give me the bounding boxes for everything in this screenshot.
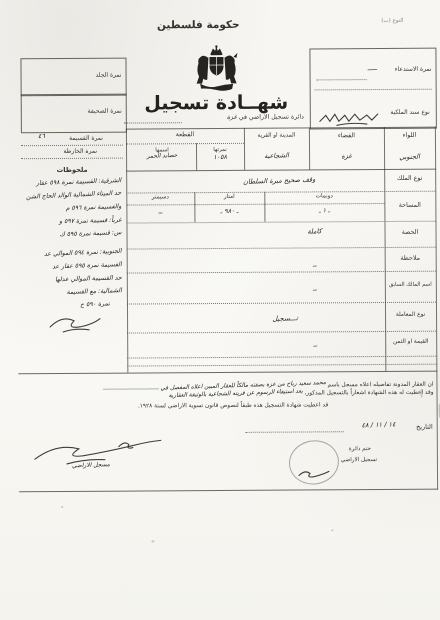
area-sublabel-line (126, 203, 384, 206)
area-label: المساحة (386, 202, 433, 210)
registrar-title: مسجل الاراضي (59, 462, 123, 471)
declaration-line-2: وقد اعطيت له هذه الشهادة اشعاراً بالتسجي… (22, 390, 433, 399)
row-line-2 (126, 221, 435, 224)
date-value: ١٤ / ١١ / ٤٨ (346, 421, 396, 431)
header-bottom-border (126, 169, 436, 172)
map-fill-line (21, 158, 123, 160)
scan-noise (420, 389, 422, 398)
block-subdivider (196, 143, 197, 170)
share-label: الحصة (387, 229, 434, 237)
summons-box-divider (315, 89, 432, 91)
summons-label: نمرة الاستدعاء (395, 66, 432, 73)
block-label: القطعة (128, 131, 242, 139)
handwritten-note: س: قسيمة نمرة ٥٩٥ ك (13, 229, 121, 240)
handwritten-note: الشرقية: القسيمة نمرة ٥٩٨ عقار (13, 177, 121, 188)
area-subdivider-2 (194, 192, 195, 222)
decimeters-label: دسيمتر (128, 194, 192, 201)
declaration-line-2-print: وقد اعطيت له هذه الشهادة اشعاراً بالتسجي… (305, 390, 434, 397)
meters-label: امتار (196, 194, 262, 201)
area-subdivider-1 (264, 192, 265, 222)
handwritten-note: نمرة ٥٩٠ ح (30, 300, 110, 311)
stamp-signature-scribble (297, 467, 333, 481)
declaration-fill-dots (103, 382, 158, 389)
date-label: التاريخ (399, 424, 433, 432)
declaration-line-2-handwritten: بعد استيفاء الرسوم عن قريته الشجاعية بال… (168, 389, 303, 401)
meters-value: ـ ٩٨٠ ـ (196, 207, 262, 217)
price-label: القيمة او الثمن (387, 339, 434, 346)
office-city-handwritten: غزة (227, 114, 237, 121)
footer-bottom-border (19, 489, 438, 493)
office-line-print: دائرة تسجيل الاراضي في (239, 113, 304, 120)
sheet-number-box: نمرة الصحيفة (21, 94, 127, 134)
handwritten-note: القسيمة نمرة ٥٩٥ عقار عد (14, 261, 122, 272)
qada-label: القضاء (311, 132, 382, 140)
row-line-8 (127, 364, 436, 367)
label-column-divider (384, 127, 386, 371)
seal-caption-line-2: تسجيل الاراضي (331, 457, 387, 464)
certificate-title: شهــادة تسجيل (144, 92, 289, 116)
handwritten-note: حد القسيمة الموالي عدلها (14, 274, 122, 284)
notes-flourish-scribble (45, 313, 105, 335)
row-line-4 (127, 271, 436, 274)
dunums-value: ـ ١ ـ (266, 205, 382, 217)
sheet-number-label: نمرة الصحيفة (88, 108, 122, 115)
document-right-border (435, 127, 438, 490)
law-reference-line: قد اعطيت شهادة التسجيل هذه طبقاً لنصوص ق… (86, 402, 381, 411)
parcel-fill-line (21, 145, 123, 147)
transaction-type-value: تـــسجيل (240, 313, 330, 324)
row-line-3 (127, 247, 436, 250)
summons-fill-line (317, 79, 367, 80)
scan-noise (331, 529, 333, 531)
remark-value: ــ (295, 261, 335, 270)
handwritten-note: غرباً: قسيمة نمرة ٥٩٧ و (13, 217, 121, 227)
volume-number-label: نمرة الجلد (96, 72, 122, 79)
previous-owner-value: ــ (295, 285, 335, 294)
table-bottom-border (18, 371, 437, 375)
parcel-number-label: نمرة القسيمة (47, 135, 103, 143)
property-type-label: نوع الملك (386, 175, 433, 183)
district-label: اللواء (386, 132, 433, 140)
parcel-number-value: ٤٦ (29, 133, 45, 141)
row-line-6 (127, 331, 436, 334)
row-line-5 (127, 302, 436, 305)
block-name-value: حصايد الحمر (128, 152, 196, 161)
scanned-certificate-page: النوع (ب) حكومة فلسطين شهــادة تسجيل دائ… (0, 0, 440, 620)
row-line-7 (127, 356, 436, 359)
handwritten-note: الشمالية: مع القسيمة (14, 287, 122, 298)
block-number-value: ١٠٥٨ (198, 153, 242, 162)
form-type-note: النوع (ب) (381, 18, 429, 25)
notes-title: ملحوظات (47, 167, 97, 175)
handwritten-note: والقسيمة نمرة ٥٩٦ م (13, 203, 121, 214)
deed-type-handwriting-scribble (317, 109, 397, 127)
volume-number-box: نمرة الجلد (20, 58, 126, 97)
scan-noise (61, 506, 63, 508)
summons-value: ـــــ (368, 65, 378, 73)
remark-label: ملاحظة (387, 255, 434, 263)
declaration-line-1-print: ان العقار المدونة تفاصيله اعلاه مسجل باس… (327, 382, 433, 389)
qada-value: غزة (311, 152, 382, 162)
table-left-border (126, 129, 128, 373)
handwritten-note: حد الميناء الشمالية الوالد الحاج الشن (13, 190, 121, 202)
previous-owner-label: اسم المالك السابق (387, 282, 434, 289)
government-title: حكومة فلسطين (138, 19, 258, 32)
city-label: المدينة او القرية (246, 132, 307, 139)
office-line: دائرة تسجيل الاراضي في غزة (184, 113, 304, 121)
map-number-label: نمرة الخارطة (47, 148, 97, 155)
royal-coat-of-arms-emblem (194, 45, 238, 91)
block-sublabel-line (126, 143, 244, 145)
transaction-type-label: نوع المعاملة (387, 312, 434, 319)
date-fill-line (246, 431, 344, 433)
district-value: الجنوبي (386, 153, 433, 163)
summons-box: نمرة الاستدعاء ـــــ نوع سند الملكية (309, 48, 436, 130)
decimeters-value: ــ (128, 207, 192, 217)
office-fill-line (124, 122, 182, 123)
dunums-label: دونمات (266, 193, 382, 201)
handwritten-note: الجنوبية: نمرة ٥٩٤ الموالي عد (14, 248, 122, 260)
share-value: كاملة (279, 227, 349, 237)
city-value: الشجاعية (246, 152, 307, 162)
property-type-value: وقف صحيح مبرة السلطان (199, 175, 359, 188)
seal-caption-line-1: ختم دائرة (338, 446, 382, 453)
price-value: ــ (295, 341, 335, 350)
scan-noise (151, 540, 154, 542)
